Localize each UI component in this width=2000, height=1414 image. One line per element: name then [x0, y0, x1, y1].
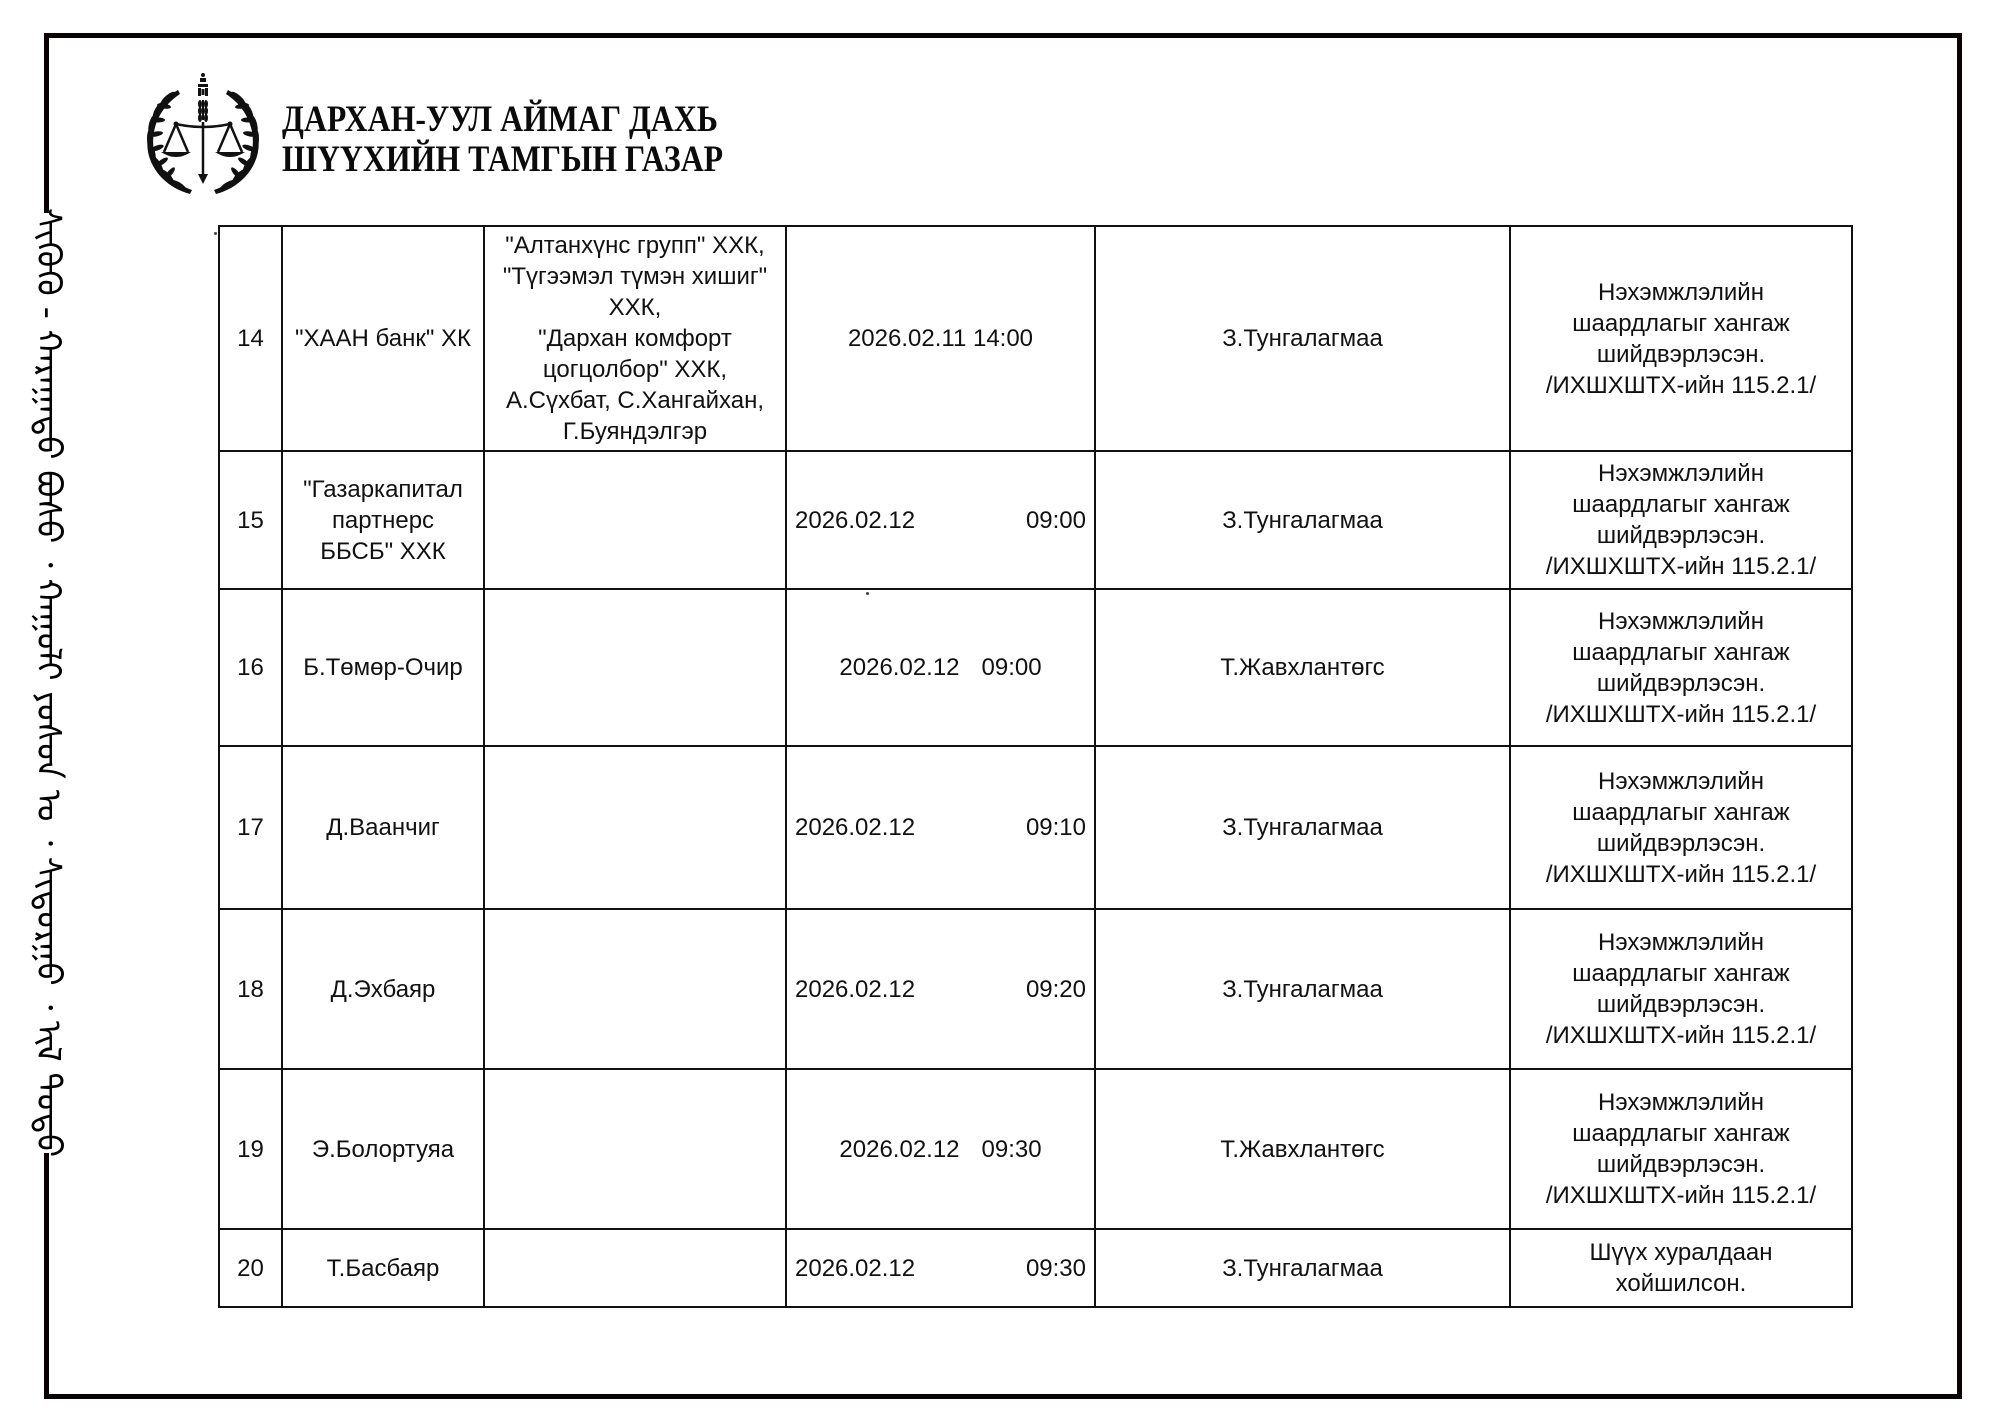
- hearing-date: 2026.02.12: [839, 652, 959, 683]
- result-cell: Нэхэмжлэлийн шаардлагыг хангаж шийдвэрлэ…: [1510, 1069, 1852, 1229]
- result-cell: Нэхэмжлэлийн шаардлагыг хангаж шийдвэрлэ…: [1510, 909, 1852, 1069]
- page-frame-bottom: [44, 1394, 1962, 1399]
- page-frame-top: [44, 33, 1962, 38]
- page-frame-left-upper: [44, 33, 49, 213]
- slogan-text: ᠱᠢᠭᠦᠬᠦ - ᠬᠠᠷᠠᠭᠠᠲᠤ ᠪᠤᠰᠤ ᠂ ᠬᠠᠭᠤᠯᠢ ᠶᠣᠰᠣᠨ ᠤ …: [18, 208, 78, 1157]
- party-cell: "ХААН банк" ХК: [282, 226, 484, 451]
- judge-cell: Т.Жавхлантөгс: [1095, 589, 1510, 746]
- judge-cell: З.Тунгалагмаа: [1095, 909, 1510, 1069]
- hearing-date: 2026.02.12: [795, 974, 915, 1005]
- other-parties-cell: [484, 746, 786, 909]
- result-cell: Нэхэмжлэлийн шаардлагыг хангаж шийдвэрлэ…: [1510, 589, 1852, 746]
- result-cell: Нэхэмжлэлийн шаардлагыг хангаж шийдвэрлэ…: [1510, 746, 1852, 909]
- scales-of-justice-icon: [138, 72, 268, 202]
- hearing-time: 09:30: [982, 1134, 1042, 1165]
- judge-cell: Т.Жавхлантөгс: [1095, 1069, 1510, 1229]
- title-line-1: ДАРХАН-УУЛ АЙМАГ ДАХЬ: [282, 100, 723, 140]
- other-parties-cell: [484, 589, 786, 746]
- court-hearing-table: 14"ХААН банк" ХК"Алтанхүнс групп" ХХК, "…: [218, 225, 1853, 1308]
- hearing-time: 09:00: [1026, 505, 1086, 536]
- party-cell: Э.Болортуяа: [282, 1069, 484, 1229]
- page-frame-right: [1957, 33, 1962, 1399]
- table-row: 19Э.Болортуяа2026.02.1209:30Т.Жавхлантөг…: [219, 1069, 1852, 1229]
- row-number-cell: 20: [219, 1229, 282, 1307]
- party-cell: Д.Эхбаяр: [282, 909, 484, 1069]
- hearing-time: 14:00: [973, 325, 1033, 352]
- party-cell: Д.Ваанчиг: [282, 746, 484, 909]
- result-cell: Шүүх хуралдаан хойшилсон.: [1510, 1229, 1852, 1307]
- judge-cell: З.Тунгалагмаа: [1095, 226, 1510, 451]
- hearing-time: 09:20: [1026, 974, 1086, 1005]
- page-frame-left-lower: [44, 1153, 49, 1399]
- row-number-cell: 16: [219, 589, 282, 746]
- organization-title: ДАРХАН-УУЛ АЙМАГ ДАХЬ ШҮҮХИЙН ТАМГЫН ГАЗ…: [282, 100, 723, 180]
- table-row: 20Т.Басбаяр2026.02.1209:30З.ТунгалагмааШ…: [219, 1229, 1852, 1307]
- hearing-date: 2026.02.12: [795, 1253, 915, 1284]
- result-cell: Нэхэмжлэлийн шаардлагыг хангаж шийдвэрлэ…: [1510, 226, 1852, 451]
- date-time-cell: 2026.02.1209:20: [786, 909, 1095, 1069]
- date-time-cell: 2026.02.11 14:00: [786, 226, 1095, 451]
- table-row: 15"Газаркапитал партнерс ББСБ" ХХК2026.0…: [219, 451, 1852, 589]
- vertical-mongolian-slogan: ᠱᠢᠭᠦᠬᠦ - ᠬᠠᠷᠠᠭᠠᠲᠤ ᠪᠤᠰᠤ ᠂ ᠬᠠᠭᠤᠯᠢ ᠶᠣᠰᠣᠨ ᠤ …: [18, 220, 78, 1145]
- party-cell: Б.Төмөр-Очир: [282, 589, 484, 746]
- hearing-date: 2026.02.12: [839, 1134, 959, 1165]
- court-emblem-logo: [138, 72, 268, 202]
- title-line-2: ШҮҮХИЙН ТАМГЫН ГАЗАР: [282, 140, 723, 180]
- table-row: 14"ХААН банк" ХК"Алтанхүнс групп" ХХК, "…: [219, 226, 1852, 451]
- date-time-cell: 2026.02.1209:00: [786, 451, 1095, 589]
- judge-cell: З.Тунгалагмаа: [1095, 746, 1510, 909]
- row-number-cell: 14: [219, 226, 282, 451]
- other-parties-cell: [484, 1229, 786, 1307]
- hearing-date: 2026.02.11: [848, 325, 966, 352]
- hearing-date: 2026.02.12: [795, 505, 915, 536]
- hearing-time: 09:30: [1026, 1253, 1086, 1284]
- scan-speck: [214, 232, 217, 235]
- row-number-cell: 19: [219, 1069, 282, 1229]
- other-parties-cell: "Алтанхүнс групп" ХХК, "Түгээмэл түмэн х…: [484, 226, 786, 451]
- row-number-cell: 17: [219, 746, 282, 909]
- judge-cell: З.Тунгалагмаа: [1095, 451, 1510, 589]
- party-cell: "Газаркапитал партнерс ББСБ" ХХК: [282, 451, 484, 589]
- table-row: 16Б.Төмөр-Очир2026.02.1209:00Т.Жавхлантө…: [219, 589, 1852, 746]
- hearing-time: 09:10: [1026, 812, 1086, 843]
- row-number-cell: 18: [219, 909, 282, 1069]
- date-time-cell: 2026.02.1209:30: [786, 1069, 1095, 1229]
- hearing-date: 2026.02.12: [795, 812, 915, 843]
- other-parties-cell: [484, 1069, 786, 1229]
- table-row: 18Д.Эхбаяр2026.02.1209:20З.ТунгалагмааНэ…: [219, 909, 1852, 1069]
- table-row: 17Д.Ваанчиг2026.02.1209:10З.ТунгалагмааН…: [219, 746, 1852, 909]
- date-time-cell: 2026.02.1209:30: [786, 1229, 1095, 1307]
- date-time-cell: 2026.02.1209:10: [786, 746, 1095, 909]
- result-cell: Нэхэмжлэлийн шаардлагыг хангаж шийдвэрлэ…: [1510, 451, 1852, 589]
- other-parties-cell: [484, 451, 786, 589]
- hearing-time: 09:00: [982, 652, 1042, 683]
- other-parties-cell: [484, 909, 786, 1069]
- date-time-cell: 2026.02.1209:00: [786, 589, 1095, 746]
- judge-cell: З.Тунгалагмаа: [1095, 1229, 1510, 1307]
- row-number-cell: 15: [219, 451, 282, 589]
- party-cell: Т.Басбаяр: [282, 1229, 484, 1307]
